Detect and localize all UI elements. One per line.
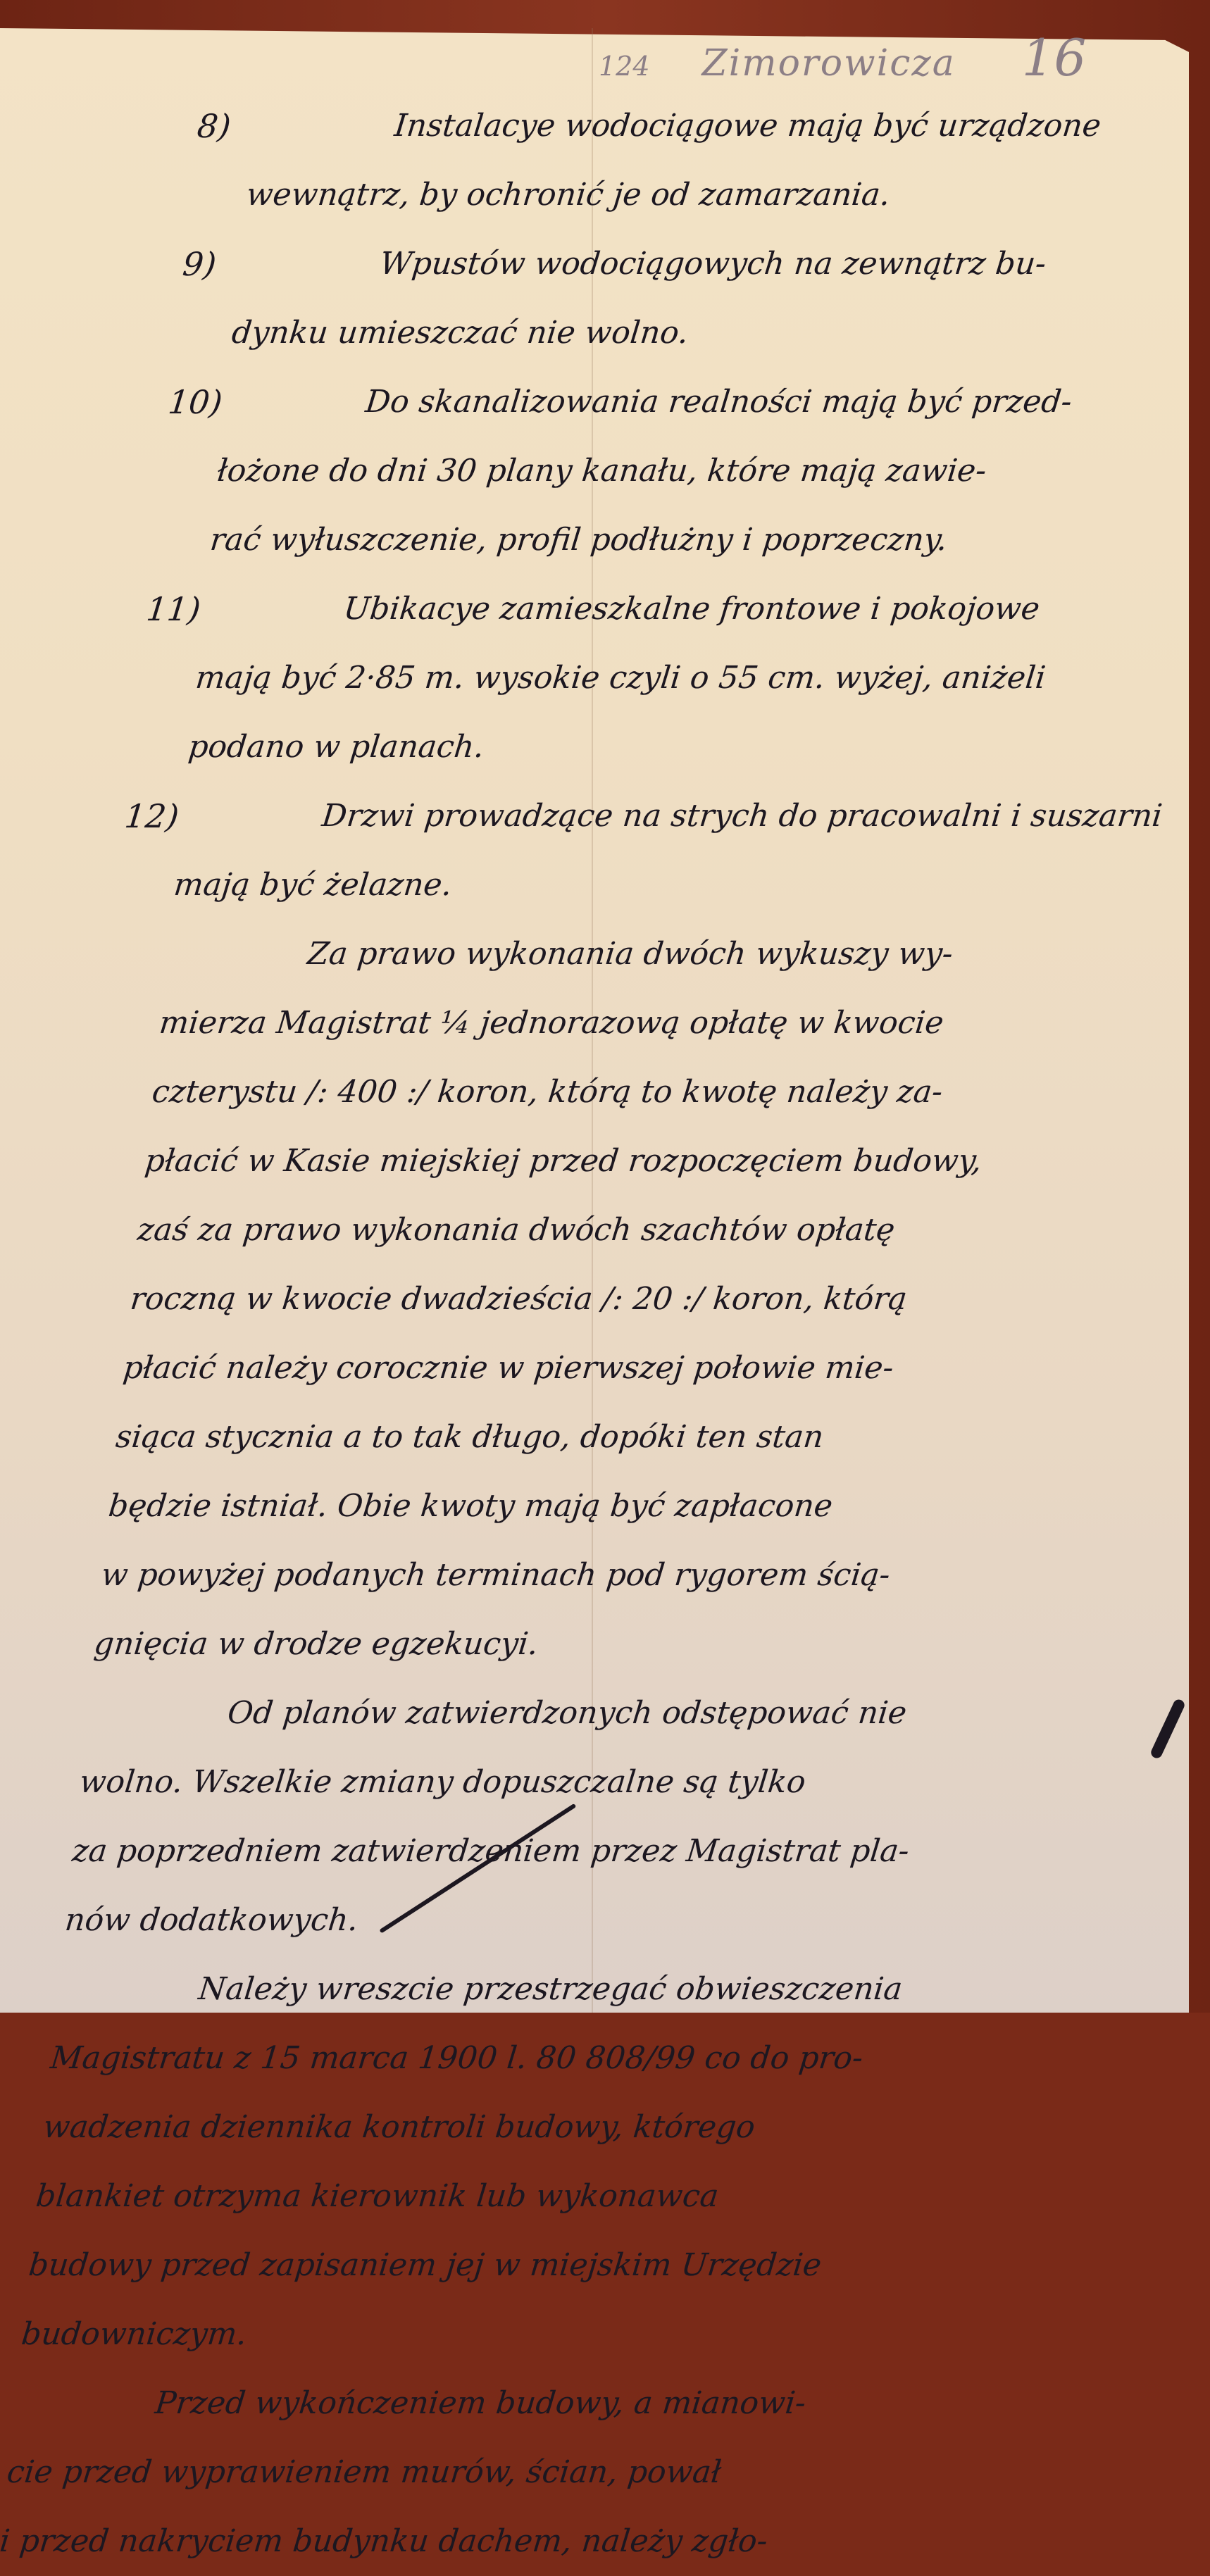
text-line: dynku umieszczać nie wolno. <box>228 299 1210 368</box>
text-line: podano w planach. <box>185 713 1210 782</box>
archival-header-note: 124 Zimorowicza 16 <box>599 28 1086 87</box>
text-line: rać wyłuszczenie, profil podłużny i popr… <box>206 506 1210 575</box>
paragraph-fees: Za prawo wykonania dwóch wykuszy wy- mie… <box>34 920 1210 1679</box>
text-line: Należy wreszcie przestrzegać obwieszczen… <box>54 1955 1104 2013</box>
place-name: Zimorowicza <box>702 42 956 85</box>
item-number: 11) <box>143 575 204 644</box>
text-line: mierza Magistrat ¼ jednorazową opłatę w … <box>156 989 1205 1058</box>
text-line: siąca stycznia a to tak długo, dopóki te… <box>112 1403 1161 1472</box>
item-number: 10) <box>165 368 226 437</box>
text-line: mają być żelazne. <box>170 851 1210 920</box>
paragraph-plan-changes: Od planów zatwierdzonych odstępować nie … <box>5 1679 1133 1955</box>
text-line: płacić w Kasie miejskiej przed rozpoczęc… <box>142 1127 1191 1196</box>
text-line: za poprzedniem zatwierdzeniem przez Magi… <box>69 1817 1118 1886</box>
text-line: płacić należy corocznie w pierwszej poło… <box>120 1334 1169 1403</box>
numbered-item-11: 11) Ubikacye zamieszkalne frontowe i pok… <box>128 575 1210 782</box>
text-line: Od planów zatwierdzonych odstępować nie <box>83 1679 1133 1748</box>
folio-number: 124 <box>599 51 650 82</box>
text-line: nów dodatkowych. <box>61 1886 1111 1955</box>
item-number: 12) <box>121 782 182 851</box>
item-number: 8) <box>194 92 235 161</box>
text-line: Ubikacye zamieszkalne frontowe i pokojow… <box>199 575 1210 644</box>
text-line: Wpustów wodociągowych na zewnątrz bu- <box>236 230 1210 299</box>
text-line: zaś za prawo wykonania dwóch szachtów op… <box>134 1196 1183 1265</box>
text-line: wolno. Wszelkie zmiany dopuszczalne są t… <box>76 1748 1125 1817</box>
paragraph-control-journal: Należy wreszcie przestrzegać obwieszczen… <box>0 1955 1104 2013</box>
text-line: mają być 2·85 m. wysokie czyli o 55 cm. … <box>192 644 1210 713</box>
numbered-item-12: 12) Drzwi prowadzące na strych do pracow… <box>114 782 1210 920</box>
item-number: 9) <box>180 230 220 299</box>
document-body: 8) Instalacye wodociągowe mają być urząd… <box>0 92 1210 2013</box>
text-line: wewnątrz, by ochronić je od zamarzania. <box>243 161 1210 230</box>
text-line: w powyżej podanych terminach pod rygorem… <box>98 1541 1147 1610</box>
numbered-item-10: 10) Do skanalizowania realności mają być… <box>150 368 1210 575</box>
numbered-item-9: 9) Wpustów wodociągowych na zewnątrz bu-… <box>172 230 1210 368</box>
text-line: Za prawo wykonania dwóch wykuszy wy- <box>163 920 1210 989</box>
text-line: Instalacye wodociągowe mają być urządzon… <box>250 92 1210 161</box>
text-line: łożone do dni 30 plany kanału, które maj… <box>214 437 1210 506</box>
text-line: gnięcia w drodze egzekucyi. <box>90 1610 1140 1679</box>
numbered-item-8: 8) Instalacye wodociągowe mają być urząd… <box>187 92 1210 230</box>
text-line: Do skanalizowania realności mają być prz… <box>221 368 1210 437</box>
text-line: czterystu /: 400 :/ koron, którą to kwot… <box>149 1058 1198 1127</box>
text-line: roczną w kwocie dwadzieścia /: 20 :/ kor… <box>127 1265 1176 1334</box>
text-line: będzie istniał. Obie kwoty mają być zapł… <box>105 1472 1154 1541</box>
text-line: Drzwi prowadzące na strych do pracowalni… <box>177 782 1210 851</box>
page-number: 16 <box>1022 28 1087 87</box>
